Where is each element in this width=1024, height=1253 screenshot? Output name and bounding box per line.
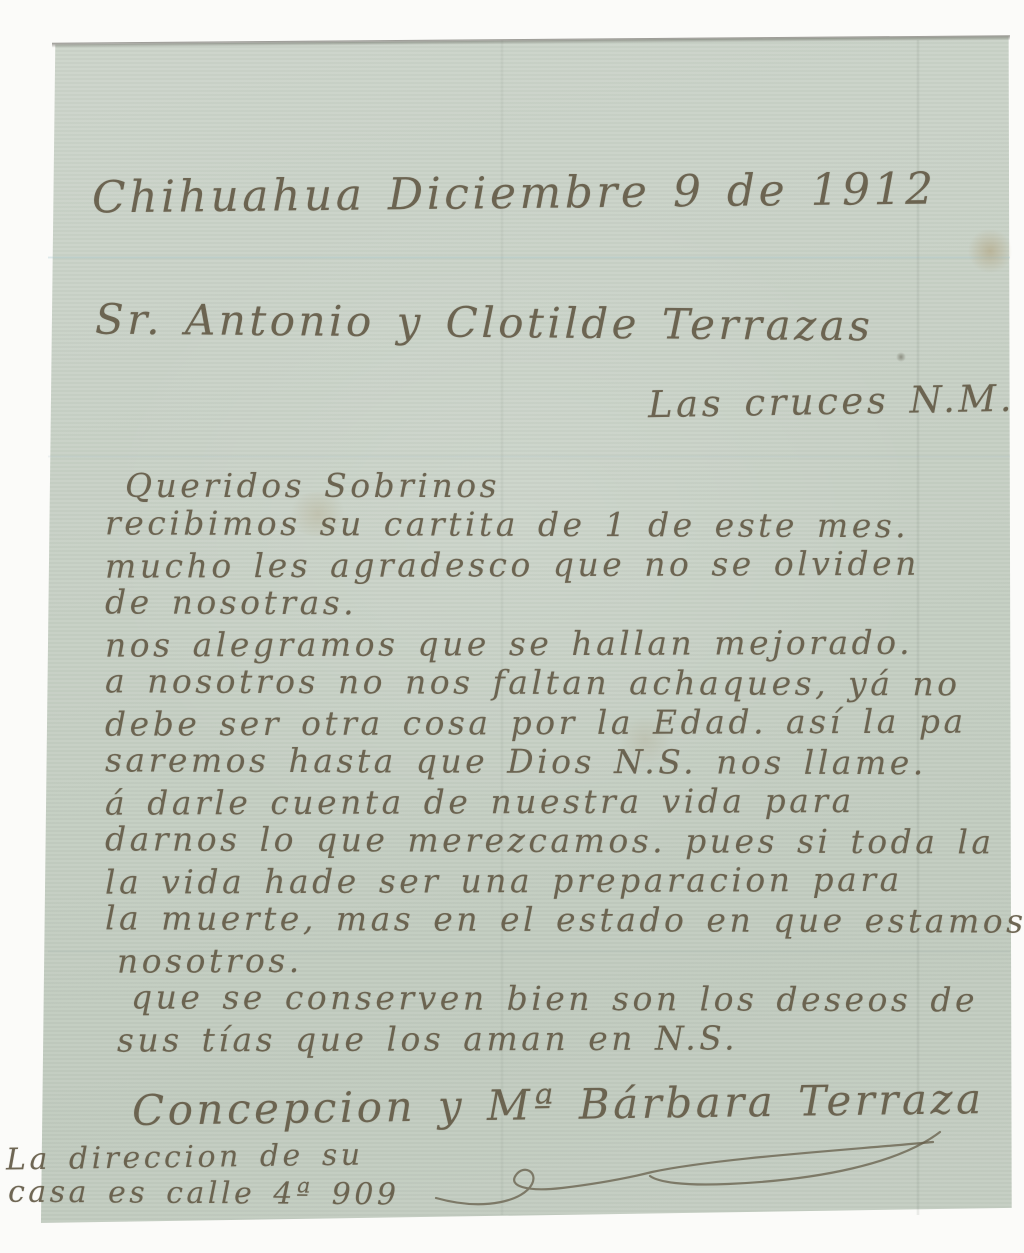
letter-salutation: Queridos Sobrinos xyxy=(125,466,500,505)
body-line: nosotros. xyxy=(117,938,1024,981)
body-line: que se conserven bien son los deseos de xyxy=(131,977,1024,1020)
signature-flourish xyxy=(428,1128,948,1218)
letter-body: recibimos su cartita de 1 de este mes. m… xyxy=(105,505,1024,1058)
body-line: recibimos su cartita de 1 de este mes. xyxy=(105,503,1024,546)
scanned-letter-page: Chihuahua Diciembre 9 de 1912 Sr. Antoni… xyxy=(0,0,1024,1253)
body-line: saremos hasta que Dios N.S. nos llame. xyxy=(105,740,1024,783)
body-line: la vida hade ser una preparacion para xyxy=(105,859,1024,902)
horizontal-fold-crease xyxy=(48,455,1010,458)
address-note-line: casa es calle 4ª 909 xyxy=(8,1175,400,1213)
body-line: sus tías que los aman en N.S. xyxy=(117,1017,1024,1060)
body-line: la muerte, mas en el estado en que estam… xyxy=(105,898,1024,941)
body-line: debe ser otra cosa por la Edad. así la p… xyxy=(105,701,1024,744)
body-line: darnos lo que merezcamos. pues si toda l… xyxy=(105,819,1024,862)
body-line: a nosotros no nos faltan achaques, yá no xyxy=(105,661,1024,704)
body-line: á darle cuenta de nuestra vida para xyxy=(105,780,1024,823)
body-line: mucho les agradesco que no se olviden xyxy=(105,543,1024,586)
letter-dateline: Chihuahua Diciembre 9 de 1912 xyxy=(92,164,937,224)
body-line: nos alegramos que se hallan mejorado. xyxy=(105,622,1024,665)
horizontal-fold-crease xyxy=(48,256,1010,259)
body-line: de nosotras. xyxy=(105,582,1024,625)
address-note-line: La direccion de su xyxy=(6,1138,364,1178)
letter-recipient-line: Sr. Antonio y Clotilde Terrazas xyxy=(95,295,874,351)
letter-place-line: Las cruces N.M. xyxy=(648,377,1016,426)
